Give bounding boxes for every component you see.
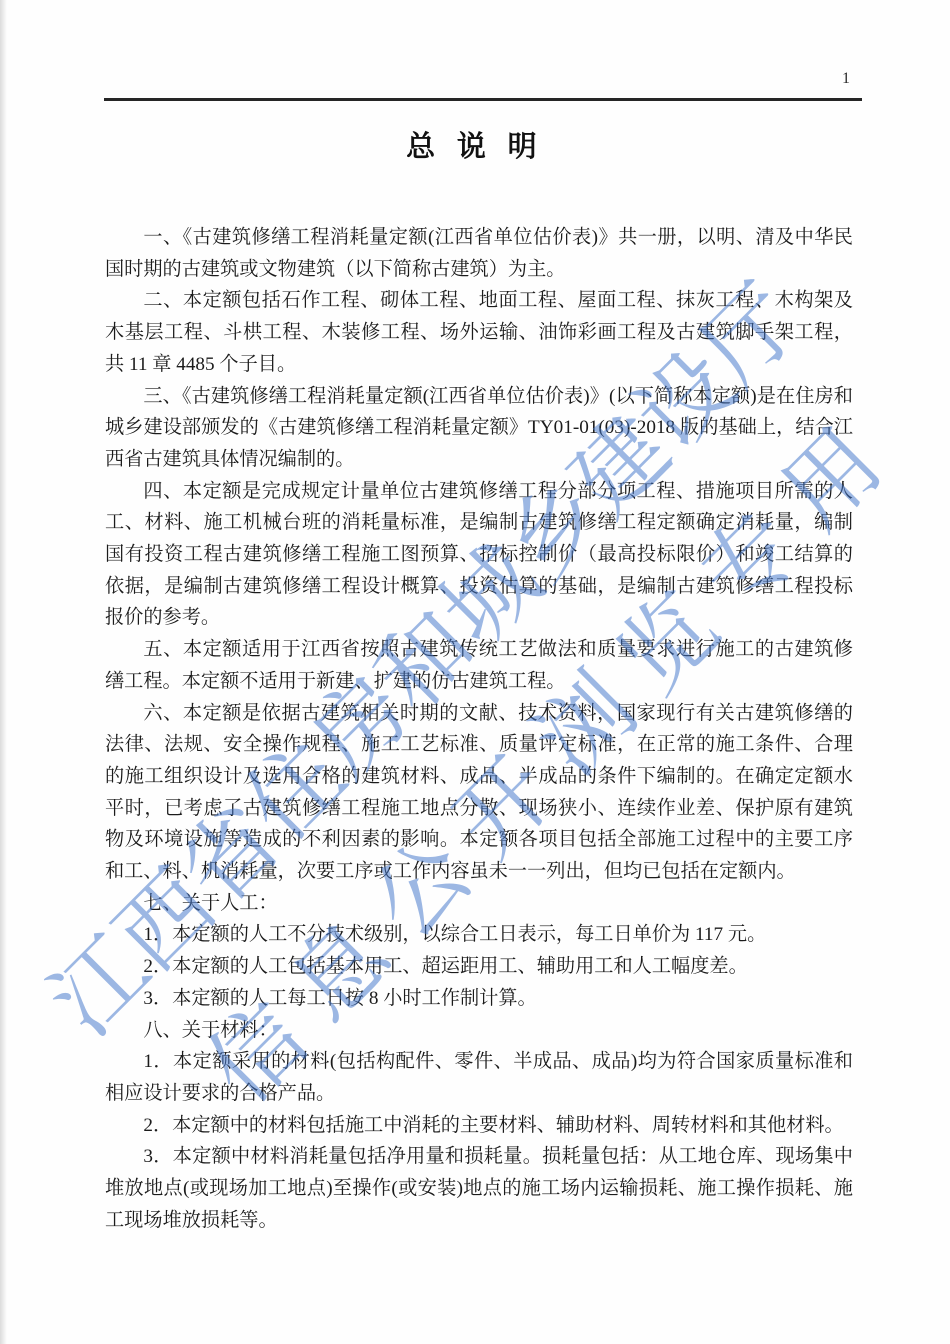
paragraph: 1．本定额采用的材料(包括构配件、零件、半成品、成品)均为符合国家质量标准和相应… — [105, 1046, 853, 1109]
page-title: 总 说 明 — [0, 124, 950, 165]
body-text: 一、《古建筑修缮工程消耗量定额(江西省单位估价表)》共一册，以明、清及中华民国时… — [105, 222, 853, 1237]
paragraph: 一、《古建筑修缮工程消耗量定额(江西省单位估价表)》共一册，以明、清及中华民国时… — [105, 222, 853, 285]
paragraph: 七、关于人工： — [105, 888, 853, 920]
paragraph: 五、本定额适用于江西省按照古建筑传统工艺做法和质量要求进行施工的古建筑修缮工程。… — [105, 634, 853, 697]
paragraph: 三、《古建筑修缮工程消耗量定额(江西省单位估价表)》(以下简称本定额)是在住房和… — [105, 381, 853, 476]
paragraph: 四、本定额是完成规定计量单位古建筑修缮工程分部分项工程、措施项目所需的人工、材料… — [105, 476, 853, 635]
paragraph: 2．本定额中的材料包括施工中消耗的主要材料、辅助材料、周转材料和其他材料。 — [105, 1110, 853, 1142]
paragraph: 2．本定额的人工包括基本用工、超运距用工、辅助用工和人工幅度差。 — [105, 951, 853, 983]
paragraph: 3．本定额中材料消耗量包括净用量和损耗量。损耗量包括：从工地仓库、现场集中堆放地… — [105, 1141, 853, 1236]
document-page: 1 总 说 明 一、《古建筑修缮工程消耗量定额(江西省单位估价表)》共一册，以明… — [0, 0, 950, 1344]
paragraph: 3．本定额的人工每工日按 8 小时工作制计算。 — [105, 983, 853, 1015]
paragraph: 1．本定额的人工不分技术级别，以综合工日表示，每工日单价为 117 元。 — [105, 919, 853, 951]
page-number: 1 — [842, 70, 850, 88]
paragraph: 八、关于材料： — [105, 1015, 853, 1047]
paragraph: 二、本定额包括石作工程、砌体工程、地面工程、屋面工程、抹灰工程、木构架及木基层工… — [105, 285, 853, 380]
scan-edge-artifact — [0, 0, 7, 1344]
paragraph: 六、本定额是依据古建筑相关时期的文献、技术资料，国家现行有关古建筑修缮的法律、法… — [105, 698, 853, 888]
header-rule — [104, 98, 862, 101]
